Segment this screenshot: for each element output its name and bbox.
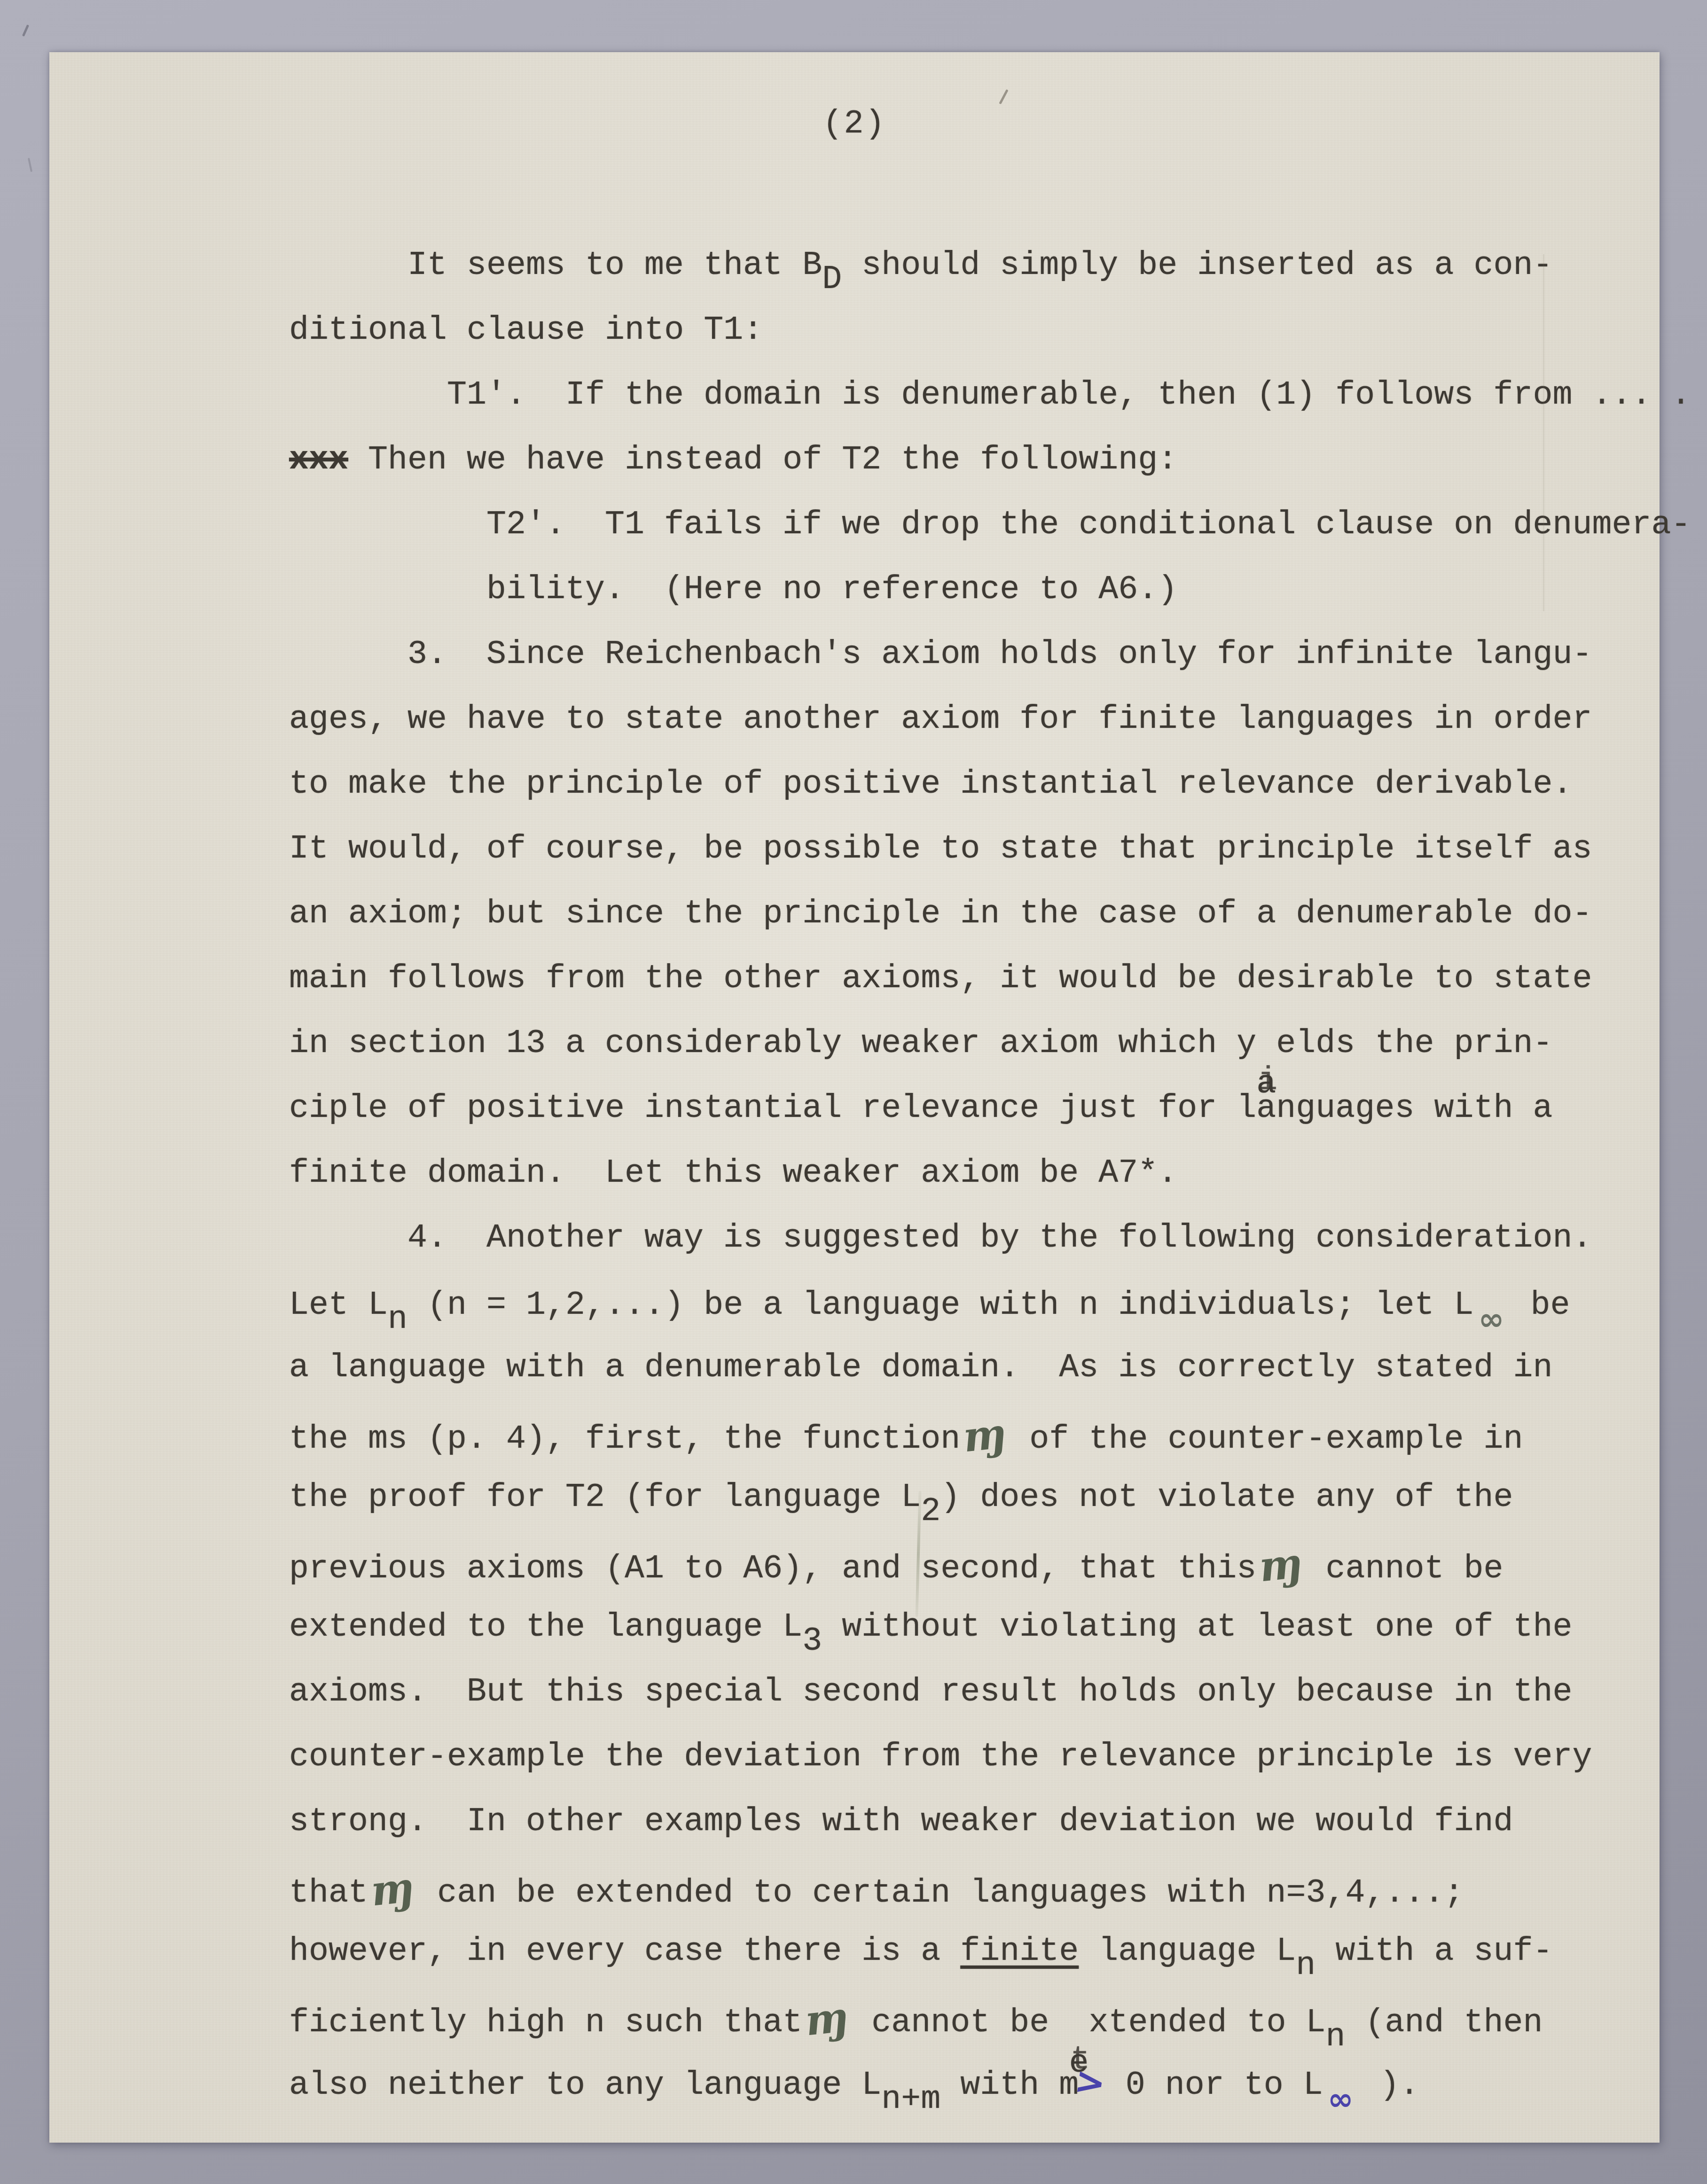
typed-text: (and then xyxy=(1346,2005,1543,2042)
text-line: previous axioms (A1 to A6), and second, … xyxy=(289,1530,1594,1595)
typed-text: ages, we have to state another axiom for… xyxy=(289,701,1592,738)
text-line: It seems to me that BD should simply be … xyxy=(289,234,1594,298)
typed-text: elds the prin- xyxy=(1276,1025,1552,1062)
handwritten-m: ɱ xyxy=(1255,1530,1306,1599)
typed-subscript: n xyxy=(1325,2019,1345,2056)
typed-text: should simply be inserted as a con- xyxy=(842,247,1552,284)
typed-subscript: n xyxy=(1296,1947,1315,1984)
typed-text: ). xyxy=(1360,2067,1419,2104)
typed-text: however, in every case there is a xyxy=(289,1933,960,1970)
handwritten-m: ɱ xyxy=(367,1854,417,1923)
typed-text: It seems to me that B xyxy=(407,247,822,284)
typed-text: 0 nor to L xyxy=(1106,2067,1323,2104)
typed-text: of the counter-example in xyxy=(1010,1421,1523,1458)
typed-text: the proof for T2 (for language L xyxy=(289,1479,921,1516)
typed-text: a language with a denumerable domain. As… xyxy=(289,1349,1552,1387)
text-line: axioms. But this special second result h… xyxy=(289,1660,1594,1725)
handwritten-m: ɱ xyxy=(801,1984,852,2053)
desk-background: (2) It seems to me that BD should simply… xyxy=(0,0,1707,2184)
typed-text: ditional clause into T1: xyxy=(289,312,763,349)
underlined-text: finite xyxy=(960,1933,1079,1970)
typed-text: that xyxy=(289,1875,368,1912)
text-line: strong. In other examples with weaker de… xyxy=(289,1790,1594,1855)
typed-text: ) does not violate any of the xyxy=(940,1479,1513,1516)
stray-pencil-mark xyxy=(28,158,32,172)
typed-text: ciple of positive instantial relevance j… xyxy=(289,1090,1552,1127)
typed-text: in section 13 a considerably weaker axio… xyxy=(289,1025,1256,1062)
text-line: ciple of positive instantial relevance j… xyxy=(289,1076,1594,1141)
typed-text: can be extended to certain languages wit… xyxy=(417,1875,1464,1912)
stray-pencil-mark xyxy=(22,24,29,37)
text-line: Let Ln (n = 1,2,...) be a language with … xyxy=(289,1271,1594,1336)
document-body: It seems to me that BD should simply be … xyxy=(49,234,1660,2114)
text-line: also neither to any language Ln+m with m… xyxy=(289,2049,1594,2114)
typed-text: Then we have instead of T2 the following… xyxy=(348,442,1177,479)
typed-subscript: n xyxy=(388,1301,407,1338)
text-line: in section 13 a considerably weaker axio… xyxy=(289,1012,1594,1076)
text-line: finite domain. Let this weaker axiom be … xyxy=(289,1141,1594,1206)
text-line: however, in every case there is a finite… xyxy=(289,1919,1594,1984)
text-line: counter-example the deviation from the r… xyxy=(289,1725,1594,1790)
typed-text: T1'. If the domain is denumerable, then … xyxy=(447,377,1691,414)
typed-subscript: D xyxy=(822,261,842,298)
typed-text: without violating at least one of the xyxy=(822,1609,1572,1646)
typed-text: to make the principle of positive instan… xyxy=(289,766,1572,803)
handwritten-infinity-subscript: ∞ xyxy=(1328,2067,1354,2132)
text-line: thatɱ can be extended to certain languag… xyxy=(289,1855,1594,1919)
text-line: xxx Then we have instead of T2 the follo… xyxy=(289,428,1594,493)
typed-text: (n = 1,2,...) be a language with n indiv… xyxy=(407,1287,1473,1324)
overtyped-over-char: i xyxy=(1258,1049,1277,1114)
typed-text: T2'. T1 fails if we drop the conditional… xyxy=(486,507,1691,544)
text-line: extended to the language L3 without viol… xyxy=(289,1595,1594,1660)
typed-text: with a suf- xyxy=(1315,1933,1552,1970)
typed-text: bility. (Here no reference to A6.) xyxy=(486,571,1177,608)
typed-text: strong. In other examples with weaker de… xyxy=(289,1803,1513,1841)
typed-text: 4. Another way is suggested by the follo… xyxy=(407,1220,1592,1257)
text-line: ages, we have to state another axiom for… xyxy=(289,687,1594,752)
typed-text: also neither to any language L xyxy=(289,2067,881,2104)
text-line: the ms (p. 4), first, the functionɱ of t… xyxy=(289,1401,1594,1466)
typed-text: axioms. But this special second result h… xyxy=(289,1674,1572,1711)
typed-text: with m xyxy=(940,2067,1079,2104)
text-line: an axiom; but since the principle in the… xyxy=(289,882,1594,947)
typed-text: previous axioms (A1 to A6), and second, … xyxy=(289,1551,1256,1588)
typed-subscript: 2 xyxy=(921,1493,940,1530)
text-line: ficiently high n such thatɱ cannot be et… xyxy=(289,1984,1594,2049)
typed-subscript: n+m xyxy=(881,2081,940,2118)
document-page: (2) It seems to me that BD should simply… xyxy=(49,52,1660,2143)
text-line: ditional clause into T1: xyxy=(289,298,1594,363)
page-number-row: (2) xyxy=(49,52,1660,157)
typed-text: be xyxy=(1511,1287,1570,1324)
text-line: T1'. If the domain is denumerable, then … xyxy=(289,363,1594,428)
typed-text: the ms (p. 4), first, the function xyxy=(289,1421,960,1458)
paper-crease xyxy=(1543,254,1544,611)
text-line: the proof for T2 (for language L2) does … xyxy=(289,1466,1594,1530)
struck-out-text: xxx xyxy=(289,442,348,479)
typed-text: an axiom; but since the principle in the… xyxy=(289,896,1592,933)
pencil-tick-mark xyxy=(999,89,1008,104)
typed-subscript: 3 xyxy=(802,1623,822,1660)
typed-text: xtended to L xyxy=(1088,2005,1325,2042)
handwritten-infinity-subscript: ∞ xyxy=(1478,1287,1504,1352)
typed-text: cannot be xyxy=(852,2005,1069,2042)
text-line: 3. Since Reichenbach's axiom holds only … xyxy=(289,623,1594,687)
typed-text: Let L xyxy=(289,1287,388,1324)
typed-text: finite domain. Let this weaker axiom be … xyxy=(289,1155,1177,1192)
typed-text: extended to the language L xyxy=(289,1609,802,1646)
typed-text: counter-example the deviation from the r… xyxy=(289,1739,1592,1776)
typed-text: main follows from the other axioms, it w… xyxy=(289,960,1592,998)
page-number: (2) xyxy=(822,106,886,143)
typed-text: It would, of course, be possible to stat… xyxy=(289,831,1592,868)
text-line: to make the principle of positive instan… xyxy=(289,752,1594,817)
text-line: 4. Another way is suggested by the follo… xyxy=(289,1206,1594,1271)
text-line: bility. (Here no reference to A6.) xyxy=(289,558,1594,623)
text-line: a language with a denumerable domain. As… xyxy=(289,1336,1594,1401)
typed-text: language L xyxy=(1079,1933,1296,1970)
typed-text: 3. Since Reichenbach's axiom holds only … xyxy=(407,636,1592,673)
text-line: main follows from the other axioms, it w… xyxy=(289,947,1594,1012)
text-line: T2'. T1 fails if we drop the conditional… xyxy=(289,493,1594,558)
typed-text: cannot be xyxy=(1306,1551,1503,1588)
typed-text: ficiently high n such that xyxy=(289,2005,802,2042)
handwritten-m: ɱ xyxy=(959,1400,1010,1469)
text-line: It would, of course, be possible to stat… xyxy=(289,817,1594,882)
